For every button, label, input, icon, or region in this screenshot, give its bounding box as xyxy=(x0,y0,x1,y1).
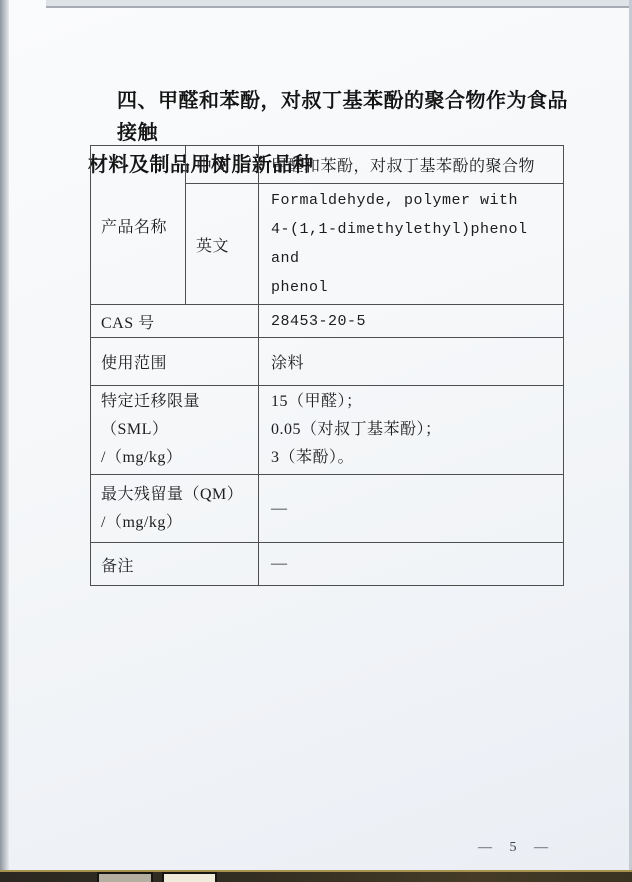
scan-bottom-tab-2 xyxy=(162,872,217,882)
english-name-line: Formaldehyde, polymer with xyxy=(271,186,557,215)
page-number: — 5 — xyxy=(478,840,553,856)
cas-label-cell: CAS 号 xyxy=(91,305,259,338)
table-row-cas: CAS 号 28453-20-5 xyxy=(91,305,564,338)
table-row-qm: 最大残留量（QM） /（mg/kg） — xyxy=(91,475,564,543)
sml-value-line: 15（甲醛）； xyxy=(271,388,557,416)
sml-value-line: 3（苯酚）。 xyxy=(271,444,557,472)
remarks-label-cell: 备注 xyxy=(91,543,259,586)
sml-label-cell: 特定迁移限量（SML） /（mg/kg） xyxy=(91,386,259,475)
table-row-remarks: 备注 — xyxy=(91,543,564,586)
english-name-line: phenol xyxy=(271,273,557,302)
english-name-line: 4-(1,1-dimethylethyl)phenol and xyxy=(271,215,557,273)
sml-value-line: 0.05（对叔丁基苯酚）； xyxy=(271,416,557,444)
sml-label-line: 特定迁移限量（SML） xyxy=(101,388,252,444)
usage-scope-value-cell: 涂料 xyxy=(259,338,564,386)
chinese-label-cell: 中文 xyxy=(186,146,259,184)
sml-value-cell: 15（甲醛）； 0.05（对叔丁基苯酚）； 3（苯酚）。 xyxy=(259,386,564,475)
scan-left-edge xyxy=(0,0,9,882)
english-label-cell: 英文 xyxy=(186,184,259,305)
scan-bottom-edge xyxy=(0,870,632,882)
product-name-label-cell: 产品名称 xyxy=(91,146,186,305)
table-row-sml: 特定迁移限量（SML） /（mg/kg） 15（甲醛）； 0.05（对叔丁基苯酚… xyxy=(91,386,564,475)
scanned-document-page: 四、甲醛和苯酚，对叔丁基苯酚的聚合物作为食品接触 材料及制品用树脂新品种 产品名… xyxy=(0,0,632,882)
cas-value-cell: 28453-20-5 xyxy=(259,305,564,338)
table-row-product-name-cn: 产品名称 中文 甲醛和苯酚，对叔丁基苯酚的聚合物 xyxy=(91,146,564,184)
table-row-usage-scope: 使用范围 涂料 xyxy=(91,338,564,386)
scan-bottom-tab-1 xyxy=(97,872,153,882)
qm-label-line: /（mg/kg） xyxy=(101,509,252,537)
sml-label-line: /（mg/kg） xyxy=(101,444,252,472)
remarks-value-cell: — xyxy=(259,543,564,586)
chinese-name-value-cell: 甲醛和苯酚，对叔丁基苯酚的聚合物 xyxy=(259,146,564,184)
product-spec-table: 产品名称 中文 甲醛和苯酚，对叔丁基苯酚的聚合物 英文 Formaldehyde… xyxy=(90,145,564,586)
qm-label-cell: 最大残留量（QM） /（mg/kg） xyxy=(91,475,259,543)
scan-top-edge xyxy=(46,0,632,8)
english-name-value-cell: Formaldehyde, polymer with 4-(1,1-dimeth… xyxy=(259,184,564,305)
qm-label-line: 最大残留量（QM） xyxy=(101,481,252,509)
qm-value-cell: — xyxy=(259,475,564,543)
usage-scope-label-cell: 使用范围 xyxy=(91,338,259,386)
heading-line-1: 四、甲醛和苯酚，对叔丁基苯酚的聚合物作为食品接触 xyxy=(88,85,568,149)
